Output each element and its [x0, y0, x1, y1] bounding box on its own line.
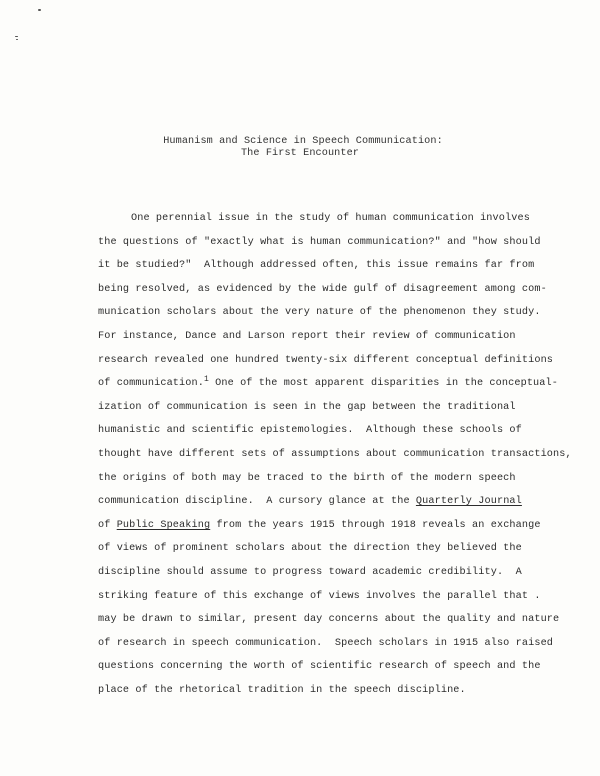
text-line: communication discipline. A cursory glan… [98, 490, 568, 514]
document-title: Humanism and Science in Speech Communica… [0, 136, 600, 160]
text-segment: of communication. [98, 378, 204, 389]
text-line: of Public Speaking from the years 1915 t… [98, 514, 568, 538]
text-segment: from the years 1915 through 1918 reveals… [210, 520, 540, 531]
title-line-2: The First Encounter [0, 148, 600, 160]
text-line: munication scholars about the very natur… [98, 301, 568, 325]
text-line: the questions of "exactly what is human … [98, 231, 568, 255]
journal-title-underlined: Quarterly Journal [416, 496, 522, 507]
document-page: Humanism and Science in Speech Communica… [0, 0, 600, 776]
journal-title-underlined: Public Speaking [117, 520, 211, 531]
text-line: place of the rhetorical tradition in the… [98, 679, 568, 703]
text-segment: of [98, 520, 117, 531]
text-line: being resolved, as evidenced by the wide… [98, 278, 568, 302]
text-line: the origins of both may be traced to the… [98, 467, 568, 491]
text-line: One perennial issue in the study of huma… [98, 207, 568, 231]
scan-speck [16, 39, 18, 40]
text-line: thought have different sets of assumptio… [98, 443, 568, 467]
text-line: of views of prominent scholars about the… [98, 537, 568, 561]
text-line: For instance, Dance and Larson report th… [98, 325, 568, 349]
text-line: questions concerning the worth of scient… [98, 655, 568, 679]
text-line: of communication.1 One of the most appar… [98, 372, 568, 396]
text-line: it be studied?" Although addressed often… [98, 254, 568, 278]
text-line: research revealed one hundred twenty-six… [98, 349, 568, 373]
text-line: of research in speech communication. Spe… [98, 632, 568, 656]
text-segment: One of the most apparent disparities in … [209, 378, 558, 389]
text-line: humanistic and scientific epistemologies… [98, 419, 568, 443]
body-paragraph: One perennial issue in the study of huma… [98, 207, 568, 702]
scan-speck [15, 36, 18, 37]
text-line: ization of communication is seen in the … [98, 396, 568, 420]
scan-speck [38, 9, 41, 11]
text-line: striking feature of this exchange of vie… [98, 585, 568, 609]
text-segment: communication discipline. A cursory glan… [98, 496, 416, 507]
title-line-1: Humanism and Science in Speech Communica… [6, 136, 600, 148]
text-line: may be drawn to similar, present day con… [98, 608, 568, 632]
text-line: discipline should assume to progress tow… [98, 561, 568, 585]
